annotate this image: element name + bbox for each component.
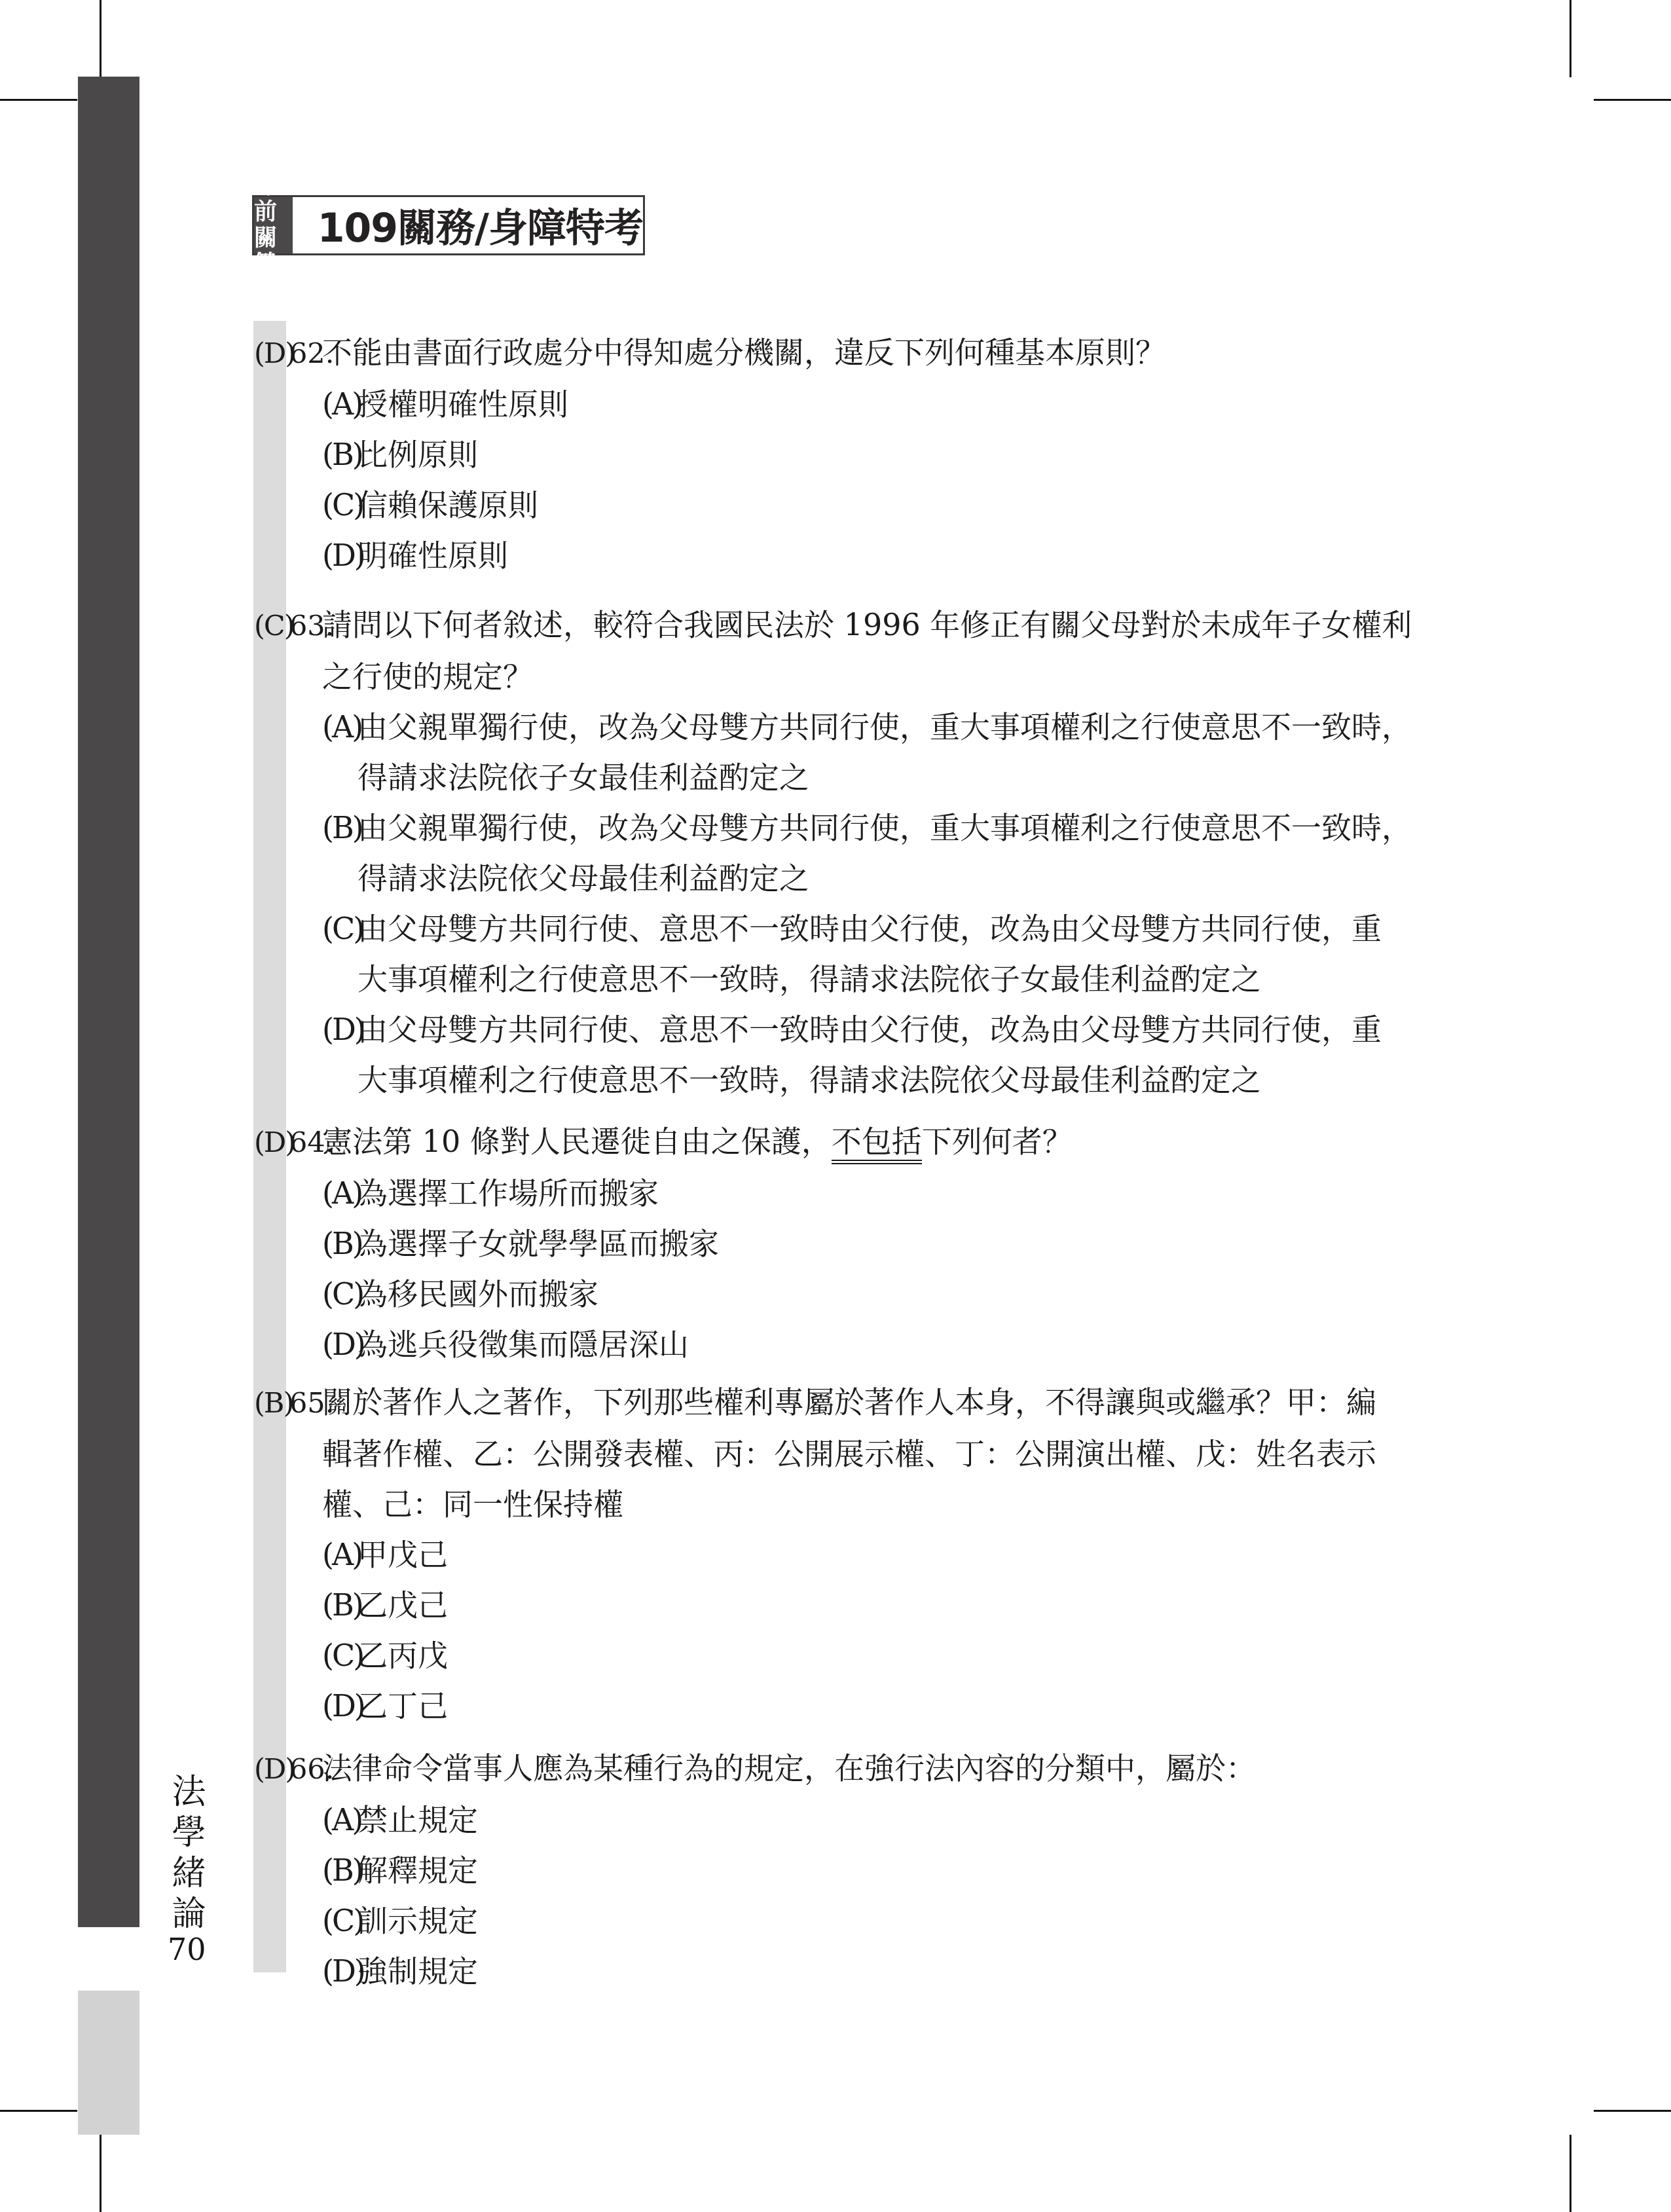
option-d: (D)為逃兵役徵集而隱居深山 [254, 1319, 1452, 1370]
option-text: 信賴保護原則 [358, 487, 538, 523]
option-c: (C)為移民國外而搬家 [254, 1269, 1452, 1319]
question-63: (C)63.請問以下何者敘述，較符合我國民法於 1996 年修正有關父母對於未成… [254, 600, 1452, 1105]
option-d: (D)明確性原則 [254, 530, 1452, 581]
stem-text: 關於著作人之著作，下列那些權利專屬於著作人本身，不得讓與或繼承？甲：編 [322, 1384, 1376, 1420]
option-a: (A)由父親單獨行使，改為父母雙方共同行使，重大事項權利之行使意思不一致時， [254, 702, 1452, 752]
option-marker: (B) [322, 1580, 358, 1631]
crop-mark-bottom-left-vertical [100, 2135, 101, 2212]
option-marker: (D) [322, 1319, 358, 1370]
option-text: 明確性原則 [358, 538, 508, 573]
option-marker: (D) [322, 1005, 358, 1055]
crop-mark-top-left-horizontal [0, 99, 77, 101]
option-text: 為選擇工作場所而搬家 [358, 1175, 659, 1211]
option-text: 乙戊己 [358, 1587, 448, 1623]
crop-mark-bottom-right-horizontal [1594, 2110, 1671, 2112]
option-c: (C)乙丙戊 [254, 1631, 1452, 1681]
badge-tag-line1: 考前 [254, 173, 293, 225]
stem-continuation: 之行使的規定？ [254, 652, 1452, 702]
option-marker: (D) [322, 1946, 358, 1997]
option-marker: (A) [322, 1168, 358, 1219]
option-text: 為逃兵役徵集而隱居深山 [358, 1327, 689, 1362]
option-text: 為選擇子女就學學區而搬家 [358, 1226, 719, 1261]
option-marker: (B) [322, 803, 358, 853]
option-d: (D)乙丁己 [254, 1681, 1452, 1731]
crop-mark-bottom-left-horizontal [0, 2110, 77, 2112]
badge-tag: 考前 關鍵 [254, 197, 293, 253]
option-marker: (A) [322, 379, 358, 430]
question-stem: (D)62.不能由書面行政處分中得知處分機關，違反下列何種基本原則？ [254, 327, 1452, 379]
option-marker: (C) [322, 1269, 358, 1319]
option-text: 為移民國外而搬家 [358, 1276, 598, 1312]
option-b: (B)由父親單獨行使，改為父母雙方共同行使，重大事項權利之行使意思不一致時， [254, 803, 1452, 853]
answer-letter: (B) [254, 1378, 289, 1429]
option-text: 乙丙戊 [358, 1638, 448, 1673]
stem-text-pre: 憲法第 10 條對人民遷徙自由之保護， [322, 1124, 832, 1159]
option-marker: (B) [322, 1219, 358, 1269]
question-66: (D)66.法律命令當事人應為某種行為的規定，在強行法內容的分類中，屬於： (A… [254, 1743, 1452, 1997]
stem-text-post: 下列何者？ [922, 1124, 1073, 1159]
crop-mark-top-right-horizontal [1594, 99, 1671, 101]
option-a: (A)為選擇工作場所而搬家 [254, 1168, 1452, 1219]
option-text: 由父母雙方共同行使、意思不一致時由父行使，改為由父母雙方共同行使，重 [358, 911, 1382, 946]
question-65: (B)65.關於著作人之著作，下列那些權利專屬於著作人本身，不得讓與或繼承？甲：… [254, 1377, 1452, 1731]
stem-continuation: 輯著作權、乙：公開發表權、丙：公開展示權、丁：公開演出權、戊：姓名表示 [254, 1429, 1452, 1479]
option-b: (B)比例原則 [254, 430, 1452, 480]
option-a: (A)甲戊己 [254, 1530, 1452, 1580]
question-stem: (B)65.關於著作人之著作，下列那些權利專屬於著作人本身，不得讓與或繼承？甲：… [254, 1377, 1452, 1429]
question-number: 66. [289, 1744, 322, 1795]
option-a: (A)禁止規定 [254, 1795, 1452, 1845]
question-62: (D)62.不能由書面行政處分中得知處分機關，違反下列何種基本原則？ (A)授權… [254, 327, 1452, 581]
option-text: 由父母雙方共同行使、意思不一致時由父行使，改為由父母雙方共同行使，重 [358, 1012, 1382, 1047]
crop-mark-top-right-vertical [1570, 0, 1571, 77]
option-c: (C)信賴保護原則 [254, 480, 1452, 530]
option-marker: (C) [322, 480, 358, 530]
option-marker: (A) [322, 702, 358, 752]
exam-title: 109關務/身障特考 [293, 197, 643, 253]
question-number: 62. [289, 329, 322, 379]
option-marker: (B) [322, 430, 358, 480]
option-c-continuation: 大事項權利之行使意思不一致時，得請求法院依子女最佳利益酌定之 [254, 954, 1452, 1005]
question-stem: (D)66.法律命令當事人應為某種行為的規定，在強行法內容的分類中，屬於： [254, 1743, 1452, 1795]
crop-mark-top-left-vertical [100, 0, 101, 77]
option-text: 甲戊己 [358, 1537, 448, 1572]
option-b: (B)為選擇子女就學學區而搬家 [254, 1219, 1452, 1269]
option-d: (D)強制規定 [254, 1946, 1452, 1997]
question-stem: (C)63.請問以下何者敘述，較符合我國民法於 1996 年修正有關父母對於未成… [254, 600, 1452, 652]
book-section-title: 法學緒論 [161, 1773, 210, 1936]
question-64: (D)64.憲法第 10 條對人民遷徙自由之保護，不包括下列何者？ (A)為選擇… [254, 1116, 1452, 1370]
option-b-continuation: 得請求法院依父母最佳利益酌定之 [254, 853, 1452, 904]
option-marker: (D) [322, 1681, 358, 1731]
answer-letter: (C) [254, 601, 289, 652]
option-marker: (C) [322, 1631, 358, 1681]
answer-letter: (D) [254, 1118, 289, 1168]
option-a-continuation: 得請求法院依子女最佳利益酌定之 [254, 752, 1452, 803]
option-b: (B)乙戊己 [254, 1580, 1452, 1631]
option-text: 由父親單獨行使，改為父母雙方共同行使，重大事項權利之行使意思不一致時， [358, 709, 1412, 745]
exam-book-page: 考前 關鍵 109關務/身障特考 (D)62.不能由書面行政處分中得知處分機關，… [0, 0, 1671, 2212]
option-c: (C)訓示規定 [254, 1896, 1452, 1946]
stem-text: 法律命令當事人應為某種行為的規定，在強行法內容的分類中，屬於： [322, 1750, 1256, 1786]
bottom-gray-block [78, 1991, 139, 2135]
option-text: 訓示規定 [358, 1903, 478, 1938]
option-marker: (D) [322, 530, 358, 581]
option-text: 比例原則 [358, 437, 478, 472]
option-text: 授權明確性原則 [358, 386, 568, 422]
stem-text-underlined: 不包括 [832, 1124, 922, 1164]
question-stem: (D)64.憲法第 10 條對人民遷徙自由之保護，不包括下列何者？ [254, 1116, 1452, 1168]
option-d: (D)由父母雙方共同行使、意思不一致時由父行使，改為由父母雙方共同行使，重 [254, 1005, 1452, 1055]
option-d-continuation: 大事項權利之行使意思不一致時，得請求法院依父母最佳利益酌定之 [254, 1055, 1452, 1105]
stem-text: 不能由書面行政處分中得知處分機關，違反下列何種基本原則？ [322, 335, 1166, 370]
option-text: 由父親單獨行使，改為父母雙方共同行使，重大事項權利之行使意思不一致時， [358, 810, 1412, 845]
stem-continuation: 權、己：同一性保持權 [254, 1479, 1452, 1530]
option-marker: (B) [322, 1845, 358, 1896]
answer-letter: (D) [254, 1744, 289, 1795]
badge-tag-line2: 關鍵 [254, 225, 293, 278]
question-number: 65. [289, 1378, 322, 1429]
option-marker: (C) [322, 1896, 358, 1946]
stem-text: 請問以下何者敘述，較符合我國民法於 1996 年修正有關父母對於未成年子女權利 [322, 607, 1412, 642]
option-marker: (A) [322, 1795, 358, 1845]
option-text: 乙丁己 [358, 1688, 448, 1724]
option-marker: (C) [322, 904, 358, 954]
option-text: 解釋規定 [358, 1853, 478, 1888]
page-number: 70 [168, 1932, 206, 1967]
option-a: (A)授權明確性原則 [254, 379, 1452, 430]
crop-mark-bottom-right-vertical [1570, 2135, 1571, 2212]
chapter-sidebar-bar [78, 77, 139, 1927]
option-marker: (A) [322, 1530, 358, 1580]
exam-header-badge: 考前 關鍵 109關務/身障特考 [252, 195, 645, 255]
option-c: (C)由父母雙方共同行使、意思不一致時由父行使，改為由父母雙方共同行使，重 [254, 904, 1452, 954]
option-text: 強制規定 [358, 1953, 478, 1989]
answer-letter: (D) [254, 329, 289, 379]
question-number: 63. [289, 601, 322, 652]
option-b: (B)解釋規定 [254, 1845, 1452, 1896]
question-number: 64. [289, 1118, 322, 1168]
option-text: 禁止規定 [358, 1802, 478, 1837]
